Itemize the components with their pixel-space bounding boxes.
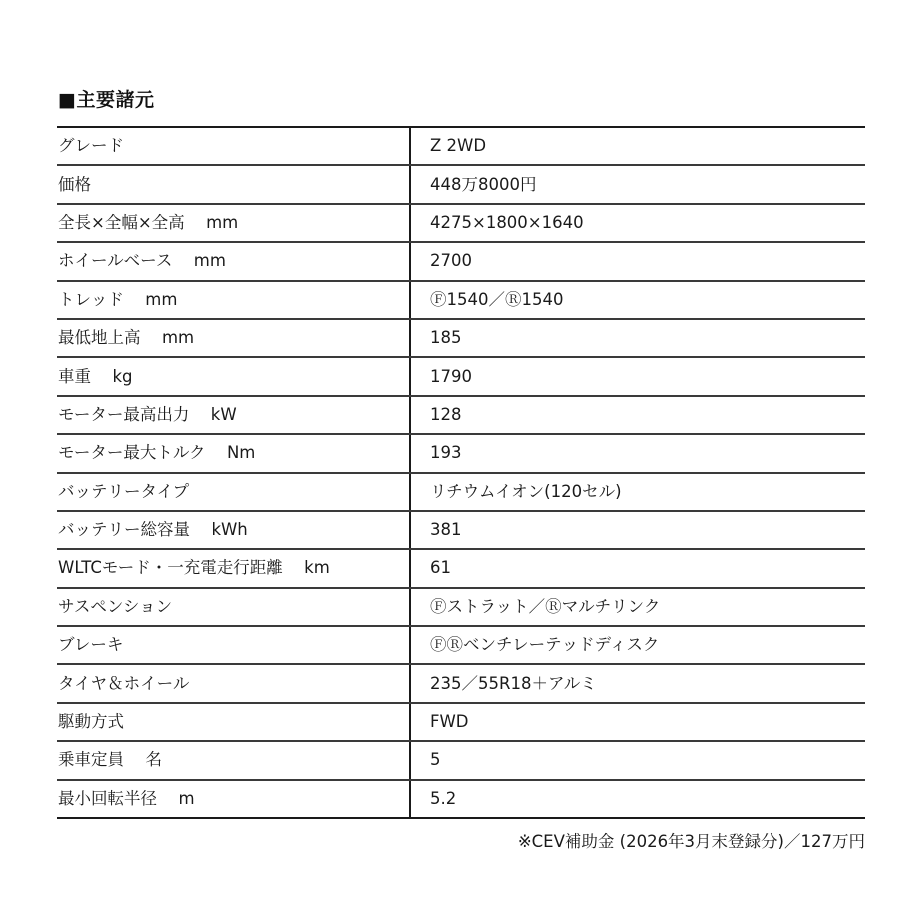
table-row: サスペンション Ⓕストラット／Ⓡマルチリンク bbox=[57, 588, 865, 626]
table-row: ホイールベースmm 2700 bbox=[57, 242, 865, 280]
spec-label-text: 駆動方式 bbox=[58, 712, 124, 731]
table-row: 乗車定員名 5 bbox=[57, 741, 865, 779]
spec-unit: kWh bbox=[211, 520, 247, 539]
spec-label: 全長×全幅×全高mm bbox=[57, 204, 410, 242]
table-row: ブレーキ ⒻⓇベンチレーテッドディスク bbox=[57, 626, 865, 664]
spec-value: Z 2WD bbox=[410, 127, 865, 165]
spec-label-text: WLTCモード・一充電走行距離 bbox=[58, 558, 283, 577]
spec-label-text: 全長×全幅×全高 bbox=[58, 213, 185, 232]
spec-label-text: サスペンション bbox=[58, 597, 172, 616]
spec-label: 最低地上高mm bbox=[57, 319, 410, 357]
spec-label: バッテリータイプ bbox=[57, 473, 410, 511]
spec-value: FWD bbox=[410, 703, 865, 741]
spec-label: バッテリー総容量kWh bbox=[57, 511, 410, 549]
table-row: 車重kg 1790 bbox=[57, 357, 865, 395]
spec-label-text: 車重 bbox=[58, 367, 91, 386]
spec-label: モーター最大トルクNm bbox=[57, 434, 410, 472]
spec-label-text: 最小回転半径 bbox=[58, 789, 157, 808]
table-row: バッテリー総容量kWh 381 bbox=[57, 511, 865, 549]
spec-value: 128 bbox=[410, 396, 865, 434]
spec-label-text: タイヤ＆ホイール bbox=[58, 674, 189, 693]
spec-unit: mm bbox=[145, 290, 177, 309]
spec-value: Ⓕストラット／Ⓡマルチリンク bbox=[410, 588, 865, 626]
spec-value: 448万8000円 bbox=[410, 165, 865, 203]
subsidy-footnote: ※CEV補助金 (2026年3月末登録分)／127万円 bbox=[518, 832, 865, 852]
spec-label-text: 最低地上高 bbox=[58, 328, 141, 347]
spec-label-text: 価格 bbox=[58, 175, 91, 194]
spec-value: 1790 bbox=[410, 357, 865, 395]
spec-value: ⒻⓇベンチレーテッドディスク bbox=[410, 626, 865, 664]
spec-value: 2700 bbox=[410, 242, 865, 280]
table-row: バッテリータイプ リチウムイオン(120セル) bbox=[57, 473, 865, 511]
table-row: モーター最大トルクNm 193 bbox=[57, 434, 865, 472]
spec-value: 185 bbox=[410, 319, 865, 357]
spec-label: 価格 bbox=[57, 165, 410, 203]
spec-label: サスペンション bbox=[57, 588, 410, 626]
spec-label: グレード bbox=[57, 127, 410, 165]
spec-value: Ⓕ1540／Ⓡ1540 bbox=[410, 281, 865, 319]
spec-unit: Nm bbox=[227, 443, 255, 462]
table-row: 価格 448万8000円 bbox=[57, 165, 865, 203]
spec-label-text: バッテリータイプ bbox=[58, 482, 189, 501]
spec-label-text: グレード bbox=[58, 136, 124, 155]
spec-unit: kW bbox=[211, 405, 237, 424]
spec-unit: km bbox=[304, 558, 330, 577]
spec-value: 381 bbox=[410, 511, 865, 549]
table-row: 駆動方式 FWD bbox=[57, 703, 865, 741]
spec-value: 193 bbox=[410, 434, 865, 472]
spec-label: 駆動方式 bbox=[57, 703, 410, 741]
spec-label-text: バッテリー総容量 bbox=[58, 520, 190, 539]
spec-unit: kg bbox=[112, 367, 132, 386]
spec-unit: 名 bbox=[145, 750, 162, 769]
spec-value: 61 bbox=[410, 549, 865, 587]
table-row: 最小回転半径m 5.2 bbox=[57, 780, 865, 818]
table-row: 最低地上高mm 185 bbox=[57, 319, 865, 357]
table-row: タイヤ＆ホイール 235／55R18＋アルミ bbox=[57, 664, 865, 702]
spec-unit: m bbox=[178, 789, 194, 808]
spec-table: グレード Z 2WD 価格 448万8000円 全長×全幅×全高mm 4275×… bbox=[57, 126, 865, 819]
spec-label-text: ホイールベース bbox=[58, 251, 172, 270]
table-row: WLTCモード・一充電走行距離km 61 bbox=[57, 549, 865, 587]
spec-value: 4275×1800×1640 bbox=[410, 204, 865, 242]
spec-label: ホイールベースmm bbox=[57, 242, 410, 280]
spec-value: リチウムイオン(120セル) bbox=[410, 473, 865, 511]
table-row: トレッドmm Ⓕ1540／Ⓡ1540 bbox=[57, 281, 865, 319]
spec-label-text: ブレーキ bbox=[58, 635, 123, 654]
spec-label-text: 乗車定員 bbox=[58, 750, 124, 769]
spec-label-text: トレッド bbox=[58, 290, 124, 309]
spec-unit: mm bbox=[194, 251, 226, 270]
spec-label-text: モーター最大トルク bbox=[58, 443, 206, 462]
spec-label: ブレーキ bbox=[57, 626, 410, 664]
spec-label: トレッドmm bbox=[57, 281, 410, 319]
spec-unit: mm bbox=[162, 328, 194, 347]
table-row: モーター最高出力kW 128 bbox=[57, 396, 865, 434]
spec-value: 5 bbox=[410, 741, 865, 779]
spec-unit: mm bbox=[206, 213, 238, 232]
spec-label: 最小回転半径m bbox=[57, 780, 410, 818]
spec-label: WLTCモード・一充電走行距離km bbox=[57, 549, 410, 587]
spec-label: モーター最高出力kW bbox=[57, 396, 410, 434]
spec-label-text: モーター最高出力 bbox=[58, 405, 189, 424]
spec-label: タイヤ＆ホイール bbox=[57, 664, 410, 702]
page-title: ■主要諸元 bbox=[58, 88, 154, 112]
table-row: 全長×全幅×全高mm 4275×1800×1640 bbox=[57, 204, 865, 242]
spec-value: 5.2 bbox=[410, 780, 865, 818]
spec-value: 235／55R18＋アルミ bbox=[410, 664, 865, 702]
spec-label: 乗車定員名 bbox=[57, 741, 410, 779]
table-row: グレード Z 2WD bbox=[57, 127, 865, 165]
spec-label: 車重kg bbox=[57, 357, 410, 395]
